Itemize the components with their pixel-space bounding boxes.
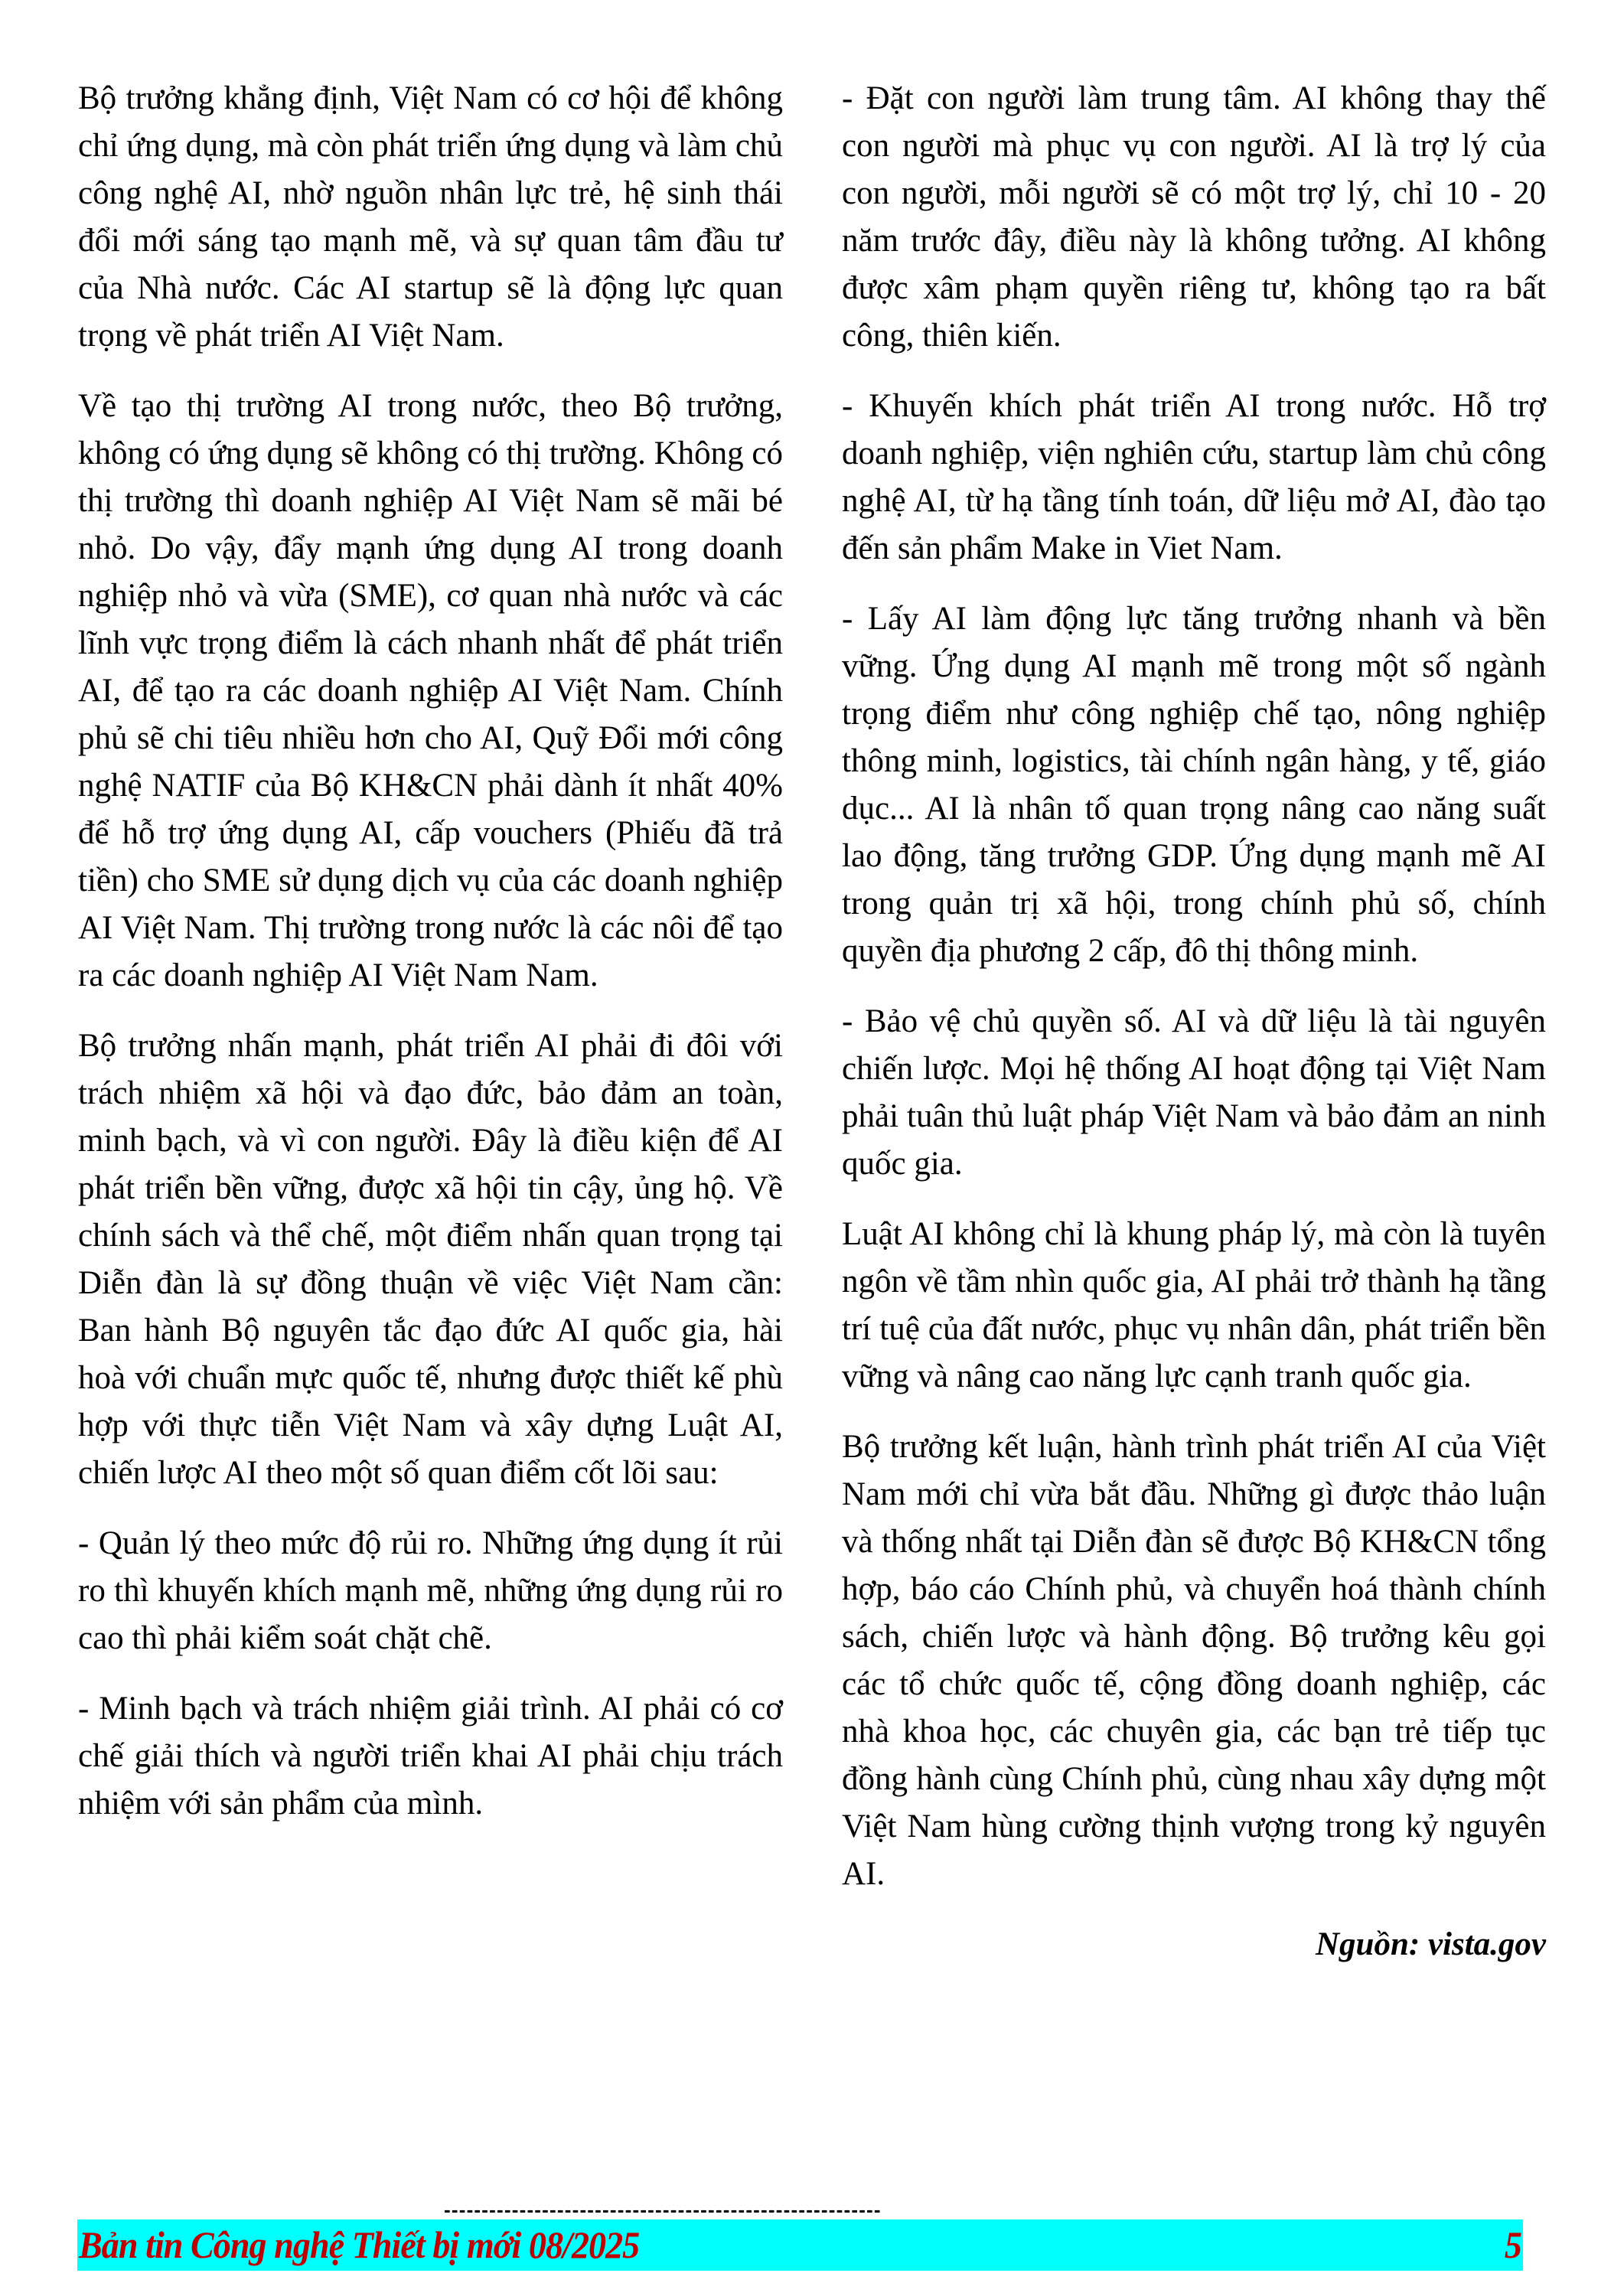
article-left-column: Bộ trưởng khẳng định, Việt Nam có cơ hội… — [78, 75, 783, 1851]
paragraph-domestic-market: Về tạo thị trường AI trong nước, theo Bộ… — [78, 383, 783, 1000]
bullet-transparency: - Minh bạch và trách nhiệm giải trình. A… — [78, 1685, 783, 1828]
bullet-human-centered: - Đặt con người làm trung tâm. AI không … — [842, 75, 1546, 360]
bullet-risk-management: - Quản lý theo mức độ rủi ro. Những ứng … — [78, 1520, 783, 1662]
bullet-digital-sovereignty: - Bảo vệ chủ quyền số. AI và dữ liệu là … — [842, 998, 1546, 1188]
paragraph-ai-law: Luật AI không chỉ là khung pháp lý, mà c… — [842, 1211, 1546, 1401]
dashed-separator: ----------------------------------------… — [444, 2201, 1183, 2218]
page-number: 5 — [1505, 2219, 1521, 2271]
paragraph-ethics-policy: Bộ trưởng nhấn mạnh, phát triển AI phải … — [78, 1022, 783, 1497]
bullet-growth-driver: - Lấy AI làm động lực tăng trưởng nhanh … — [842, 595, 1546, 975]
footer-bar: Bản tin Công nghệ Thiết bị mới 08/2025 5 — [77, 2219, 1523, 2271]
newsletter-title: Bản tin Công nghệ Thiết bị mới 08/2025 — [79, 2219, 639, 2271]
source-attribution: Nguồn: vista.gov — [842, 1921, 1546, 1968]
bullet-domestic-development: - Khuyến khích phát triển AI trong nước.… — [842, 383, 1546, 572]
paragraph-opportunity: Bộ trưởng khẳng định, Việt Nam có cơ hội… — [78, 75, 783, 360]
article-right-column: - Đặt con người làm trung tâm. AI không … — [842, 75, 1546, 1991]
paragraph-conclusion: Bộ trưởng kết luận, hành trình phát triể… — [842, 1424, 1546, 1898]
